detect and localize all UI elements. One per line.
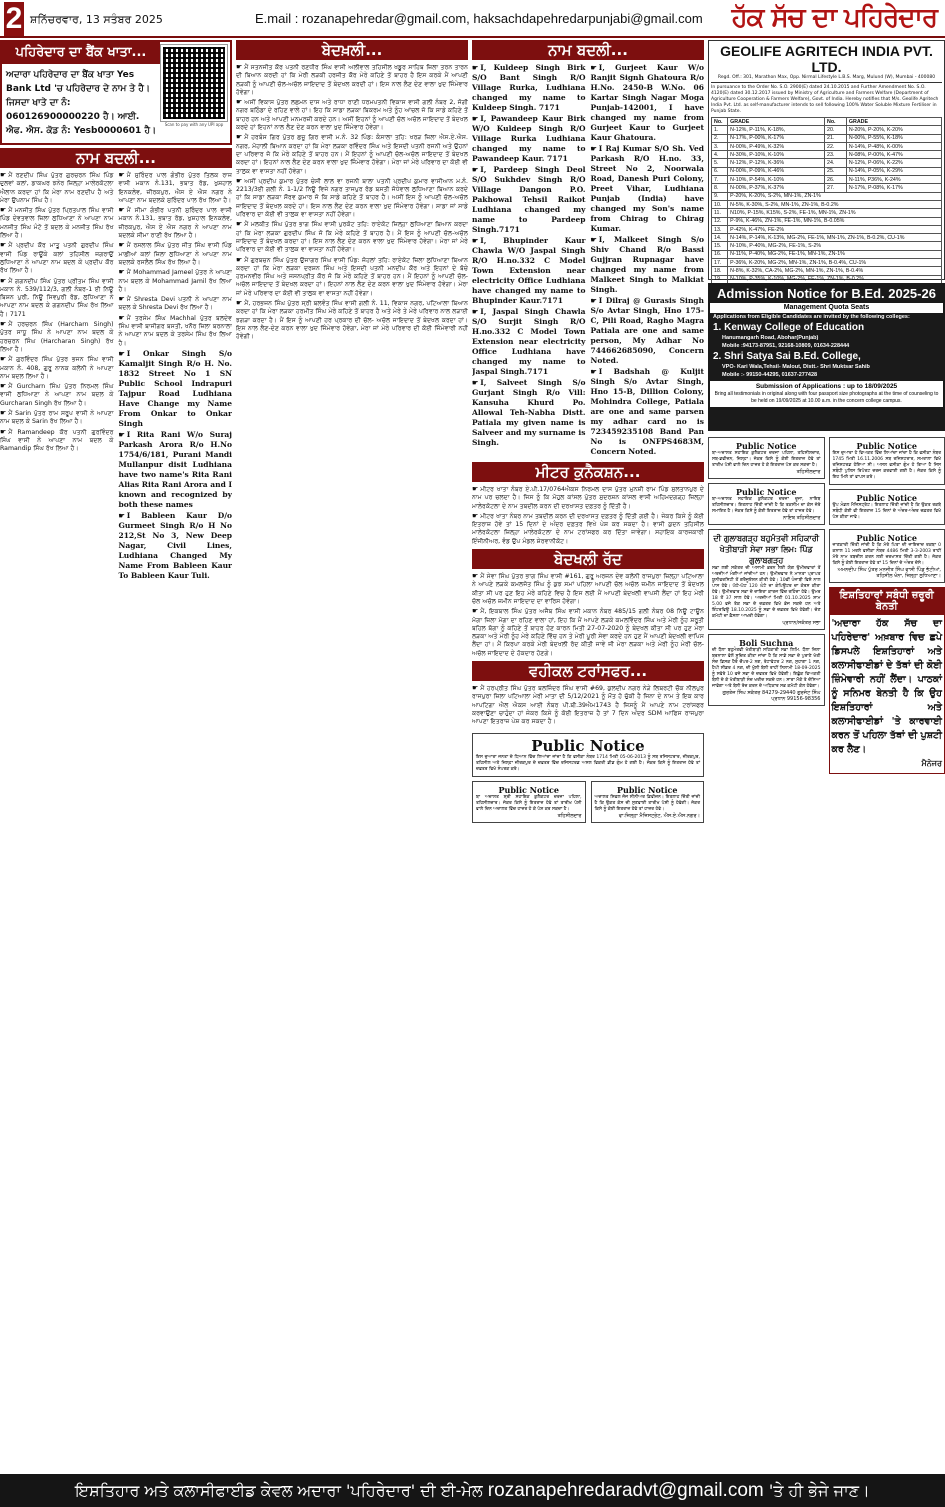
entry-text: ਮੈਂ ਰਣਦੀਪ ਸਿੰਘ ਪੁੱਤਰ ਗੁਰਚਰਨ ਸਿੰਘ ਪਿੰਡ ਦੁ… (0, 172, 114, 204)
notice-body: ਅਦਾਲਤ ਸਿਵਲ ਜੱਜ ਸੀਨੀਅਰ ਡਿਵੀਜ਼ਨ। ਇਤਲਾਹ ਦਿੱ… (595, 795, 701, 813)
classified-entry: ☛ਮੈਂ ਰਸਲਾਲ ਸਿੰਘ ਪੁੱਤਰ ਜੀਤ ਸਿੰਘ ਵਾਸੀ ਪਿੰਡ… (119, 241, 233, 267)
classified-entry: ☛ਮੈਂ Mohammad Jameel ਪੁੱਤਰ ਨੇ ਆਪਣਾ ਨਾਮ ਬ… (119, 268, 233, 294)
grade-cell: 21. (825, 134, 847, 142)
grade-cell: N-00%, P-37%, K-37% (728, 184, 825, 192)
entry-text: ਮੈਂ Gurcharn ਸਿੰਘ ਪੁੱਤਰ ਨਿਰਮਲ ਸਿੰਘ ਵਾਸੀ … (0, 383, 114, 407)
grade-cell: P-42%, K-47%, FE-2% (728, 225, 942, 233)
section-banner-name-change: ਨਾਮ ਬਦਲੀ... (0, 148, 232, 168)
grade-cell: 23. (825, 151, 847, 159)
notice-title: Public Notice (476, 785, 582, 795)
section-banner-disownment-cancel: ਬੇਦਖਲੀ ਰੱਦ (472, 549, 704, 569)
entry-text: ਮੀਟਰ ਖਾਤਾ ਨੰਬਰ ਨਾਮ ਤਬਦੀਲ ਕਰਨ ਦੀ ਦਰਖਾਸਤ ਦ… (472, 513, 704, 545)
pointing-hand-icon: ☛ (591, 235, 597, 244)
disclaimer-body: 'ਅਦਾਰਾ ਹੱਕ ਸੱਚ ਦਾ ਪਹਿਰੇਦਾਰ' ਅਖ਼ਬਾਰ ਵਿਚ ਛ… (829, 615, 945, 774)
grade-cell: N-17%, P-08%, K-17% (846, 184, 941, 192)
grade-cell: N-12%, P-12%, K-36% (728, 159, 825, 167)
pointing-hand-icon: ☛ (472, 607, 478, 615)
grade-cell: N-12%, P-06%, K-22% (846, 159, 941, 167)
entry-text: ਮੈਂ ਸੇਵਾ ਸਿੰਘ ਪੁੱਤਰ ਭਾਗ ਸਿੰਘ ਵਾਸੀ #161, … (472, 573, 704, 605)
grade-cell: N-14%, P-48%, K-00% (846, 142, 941, 150)
pointing-hand-icon: ☛ (119, 430, 125, 439)
classified-entry: ☛I, Jaspal Singh Chawla S/O Surjit Singh… (472, 307, 586, 377)
bed-college-2-address: VPO- Kari Wala,Tehsil- Malout, Distt.- S… (710, 363, 943, 371)
pointing-hand-icon: ☛ (472, 512, 478, 520)
entry-text: I, Kuldeep Singh Birk S/O Bant Singh R/O… (472, 63, 586, 112)
entry-text: ਮੈਂ ਮਲਕੀਤ ਸਿੰਘ ਪੁੱਤਰ ਭਾਗ ਸਿੰਘ ਵਾਸੀ ਪੁਰਕੋ… (236, 221, 468, 253)
grade-row: 10.N-5%, K-30%, S-2%, MN-1%, ZN-1%, B-0.… (712, 200, 942, 208)
notice-sig: ਤਹਿਸੀਲਦਾਰ (712, 469, 821, 475)
grade-cell: N-00%, P-49%, K-32% (728, 142, 825, 150)
classified-entry: ☛ਮੈਂ ਰਣਦੀਪ ਸਿੰਘ ਪੁੱਤਰ ਗੁਰਚਰਨ ਸਿੰਘ ਪਿੰਡ ਦ… (0, 171, 114, 205)
notice-title: Public Notice (833, 441, 942, 451)
column-ads: GEOLIFE AGRITECH INDIA PVT. LTD. Regd. O… (708, 40, 945, 1460)
entry-text: ਮੈਂ ਹਰਪ੍ਰੀਤ ਸਿੰਘ ਪੁੱਤਰ ਬਲਜਿੰਦਰ ਸਿੰਘ ਵਾਸੀ… (472, 685, 704, 725)
classified-entry: ☛ਮੈਂ, ਇਕਬਾਲ ਸਿੰਘ ਪੁੱਤਰ ਅਜੈਬ ਸਿੰਘ ਵਾਸੀ ਮਕ… (472, 607, 704, 658)
geolife-company: GEOLIFE AGRITECH INDIA PVT. LTD. (711, 43, 942, 75)
col1-right: ☛ਮੈਂ ਸੁਰਿੰਦਰ ਪਾਲ ਗੰਭੀਰ ਪੁੱਤਰ ਤਿਲਕ ਰਾਜ ਵਾ… (119, 171, 233, 582)
grade-row: 3.N-00%, P-49%, K-32%22.N-14%, P-48%, K-… (712, 142, 942, 150)
grade-cell: 10. (712, 200, 728, 208)
pointing-hand-icon: ☛ (0, 206, 6, 214)
classified-entry: ☛ਮੈਂ ਸਤਨਜੀਤ ਕੌਰ ਪਤਨੀ ਰਣਧੀਰ ਸਿੰਘ ਵਾਸੀ ਅਲੀ… (236, 63, 468, 97)
grade-cell: 27. (825, 184, 847, 192)
entry-text: ਮੈਂ ਮਨਜੀਤ ਸਿੰਘ ਪੁੱਤਰ ਪ੍ਰਿਤਪਾਲ ਸਿੰਘ ਵਾਸੀ … (0, 207, 114, 239)
grade-cell: 24. (825, 159, 847, 167)
notice-sig: ਤਹਿਸੀਲਦਾਰ (476, 813, 582, 819)
classified-entry: ☛ਮੈਂ ਹਰਚਰਨ ਸਿੰਘ (Harcharn Singh) ਪੁੱਤਰ ਸ… (0, 320, 114, 354)
pointing-hand-icon: ☛ (119, 511, 125, 520)
grade-cell: 6. (712, 167, 728, 175)
grade-cell: N-00%, P-55%, K-18% (846, 134, 941, 142)
pointing-hand-icon: ☛ (119, 206, 125, 214)
advertisement-disclaimer: ਇਸ਼ਤਿਹਾਰਾਂ ਸਬੰਧੀ ਜ਼ਰੂਰੀ ਬੇਨਤੀ 'ਅਦਾਰਾ ਹੱਕ… (829, 587, 945, 774)
qr-caption: Scan to pay with any UPI app (161, 122, 227, 127)
public-notice: Public Noticeਜਾਣਕਾਰੀ ਦਿੱਤੀ ਜਾਂਦੀ ਹੈ ਕਿ ਮ… (829, 529, 945, 583)
grade-cell: 22. (825, 142, 847, 150)
grade-row: 6.N-00%, P-09%, K-46%25.N-14%, P-05%, K-… (712, 167, 942, 175)
grade-cell: N-17%, P-00%, K-17% (728, 134, 825, 142)
grade-row: 11.N10%, P-15%, K15%, S-2%, FE-1%, MN-1%… (712, 209, 942, 217)
notice-title: Public Notice (476, 737, 700, 755)
classified-entry: ☛I, Bhupinder Kaur Chawla W/O Jaspal Sin… (472, 236, 586, 306)
notice-title: Public Notice (595, 785, 701, 795)
col1-left: ☛ਮੈਂ ਰਣਦੀਪ ਸਿੰਘ ਪੁੱਤਰ ਗੁਰਚਰਨ ਸਿੰਘ ਪਿੰਡ ਦ… (0, 171, 114, 582)
pointing-hand-icon: ☛ (472, 236, 478, 245)
grade-cell: 25. (825, 167, 847, 175)
public-notice: ਦੀ ਗੁਲਾਬਗੜ੍ਹ ਬਹੁਮੰਤਵੀ ਸਹਿਕਾਰੀ ਖੇਤੀਬਾੜੀ ਸ… (708, 529, 825, 630)
grade-cell: 1. (712, 126, 728, 134)
classified-entry: ☛I Dilraj @ Gurasis Singh S/o Avtar Sing… (591, 296, 705, 366)
entry-text: ਮੈਂ ਸਤਨਜੀਤ ਕੌਰ ਪਤਨੀ ਰਣਧੀਰ ਸਿੰਘ ਵਾਸੀ ਅਲੀਵ… (236, 64, 468, 96)
grade-cell: N-20%, P-20%, K-20% (846, 126, 941, 134)
notice-body: ਬਾ-ਅਦਾਲਤ ਸਹਾਇਕ ਕੁਲੈਕਟਰ ਦਰਜਾ ਪਹਿਲਾ, ਤਹਿਸੀ… (712, 451, 821, 469)
page-number: 2 (4, 2, 24, 36)
public-notice: Public Noticeਬਾ-ਅਦਾਲਤ ਸਹਾਇਕ ਕੁਲੈਕਟਰ ਦਰਜਾ… (708, 483, 825, 525)
grade-cell: 4. (712, 151, 728, 159)
notice-body: ਉਪ ਮੰਡਲ ਮੈਜਿਸਟ੍ਰੇਟ। ਇਤਲਾਹ ਦਿੱਤੀ ਜਾਂਦੀ ਹੈ… (833, 503, 942, 521)
classified-entry: ☛I Badshah @ Kuljit Singh S/o Avtar Sing… (591, 367, 705, 457)
pointing-hand-icon: ☛ (236, 256, 242, 264)
disclaimer-title: ਇਸ਼ਤਿਹਾਰਾਂ ਸਬੰਧੀ ਜ਼ਰੂਰੀ ਬੇਨਤੀ (829, 587, 945, 615)
entry-text: ਮੈਂ ਗੁਰਵਿੰਦਰ ਸਿੰਘ ਪੁੱਤਰ ਭਜਨ ਸਿੰਘ ਵਾਸੀ ਮਕ… (0, 356, 114, 380)
bed-college-2: 2. Shri Satya Sai B.Ed. College, (710, 350, 943, 363)
pointing-hand-icon: ☛ (119, 268, 125, 276)
grade-cell: N-30%, P-10%, K-10% (728, 151, 825, 159)
bed-college-1: 1. Kenway College of Education (710, 321, 943, 334)
bank-box-body: ਅਦਾਰਾ ਪਹਿਰੇਦਾਰ ਦਾ ਬੈਂਕ ਖਾਤਾ Yes Bank Ltd… (6, 68, 158, 138)
section-banner-disownment: ਬੇਦਖ਼ਲੀ... (236, 40, 468, 60)
notice-title: ਦੀ ਗੁਲਾਬਗੜ੍ਹ ਬਹੁਮੰਤਵੀ ਸਹਿਕਾਰੀ ਖੇਤੀਬਾੜੀ ਸ… (712, 533, 821, 566)
pointing-hand-icon: ☛ (119, 241, 125, 249)
grade-cell: P-36%, K-20%, MG-2%, MN-1%, ZN-1%, B-0.4… (728, 259, 942, 267)
section-banner-name-change-en: ਨਾਮ ਬਦਲੀ... (472, 40, 704, 60)
pointing-hand-icon: ☛ (0, 355, 6, 363)
entry-text: I Onkar Singh S/o Kamaljit Singh R/o H. … (119, 349, 233, 428)
grade-cell: N-00%, P-09%, K-46% (728, 167, 825, 175)
entry-text: ਮੈਂ ਗਗਨਦੀਪ ਸਿੰਘ ਪੁੱਤਰ ਪ੍ਰੀਤਮ ਸਿੰਘ ਵਾਸੀ ਮ… (0, 278, 114, 318)
entry-text: ਮੈਂ, ਹਰਭਜਨ ਸਿੰਘ ਪੁੱਤਰ ਸ੍ਰੀ ਬਲਵੰਤ ਸਿੰਘ ਵਾ… (236, 300, 468, 340)
pointing-hand-icon: ☛ (0, 409, 6, 417)
entry-text: ਮੈਂ ਰਸਲਾਲ ਸਿੰਘ ਪੁੱਤਰ ਜੀਤ ਸਿੰਘ ਵਾਸੀ ਪਿੰਡ … (119, 242, 233, 266)
pointing-hand-icon: ☛ (236, 220, 242, 228)
geolife-advertisement: GEOLIFE AGRITECH INDIA PVT. LTD. Regd. O… (708, 40, 945, 280)
pointing-hand-icon: ☛ (472, 307, 478, 316)
notice-title: Public Notice (712, 487, 821, 497)
contact-email: E.mail : rozanapehredar@gmail.com, haksa… (255, 11, 703, 26)
bed-note: Bring all testimonials in original along… (715, 391, 939, 404)
grade-table-header: No. (712, 118, 728, 126)
grade-row: 5.N-12%, P-12%, K-36%24.N-12%, P-06%, K-… (712, 159, 942, 167)
public-notice: Public Noticeਅਦਾਲਤ ਸਿਵਲ ਜੱਜ ਸੀਨੀਅਰ ਡਿਵੀਜ… (591, 781, 705, 823)
pointing-hand-icon: ☛ (0, 428, 6, 436)
entry-text: I Dilraj @ Gurasis Singh S/o Avtar Singh… (591, 296, 705, 365)
classified-entry: ☛ਮੈਂ ਪ੍ਰਦੀਪ ਕੌਰ ਮਾਤੂ ਪਤਨੀ ਗੁਰਦੀਪ ਸਿੰਘ ਵਾ… (0, 241, 114, 275)
public-notice: Public Noticeਬਾ-ਅਦਾਲਤ ਸਹਾਇਕ ਕੁਲੈਕਟਰ ਦਰਜਾ… (708, 437, 825, 479)
grade-cell: N-12%, P-11%, K-18%, (728, 126, 825, 134)
bed-deadline: Submission of Applications : up to 18/09… (756, 383, 897, 390)
grade-row: 2.N-17%, P-00%, K-17%21.N-00%, P-55%, K-… (712, 134, 942, 142)
grade-cell: N-14%, P-14%, K-13%, MG-2%, FE-1%, MN-1%… (728, 234, 942, 242)
grade-cell: N-08%, P-00%, K-47% (846, 151, 941, 159)
entry-text: I Badshah @ Kuljit Singh S/o Avtar Singh… (591, 367, 705, 456)
pointing-hand-icon: ☛ (472, 165, 478, 174)
grade-cell: N-10%, P-54%, K-10% (728, 176, 825, 184)
footer-text: ਇਸ਼ਤਿਹਾਰ ਅਤੇ ਕਲਾਸੀਫਾਈਡ ਕੇਵਲ ਅਦਾਰਾ 'ਪਹਿਰੇ… (75, 1481, 483, 1500)
entry-text: ਮੈਂ, ਇਕਬਾਲ ਸਿੰਘ ਪੁੱਤਰ ਅਜੈਬ ਸਿੰਘ ਵਾਸੀ ਮਕਾ… (472, 608, 704, 656)
newspaper-logo: ਹੱਕ ਸੱਚ ਦਾ ਪਹਿਰੇਦਾਰ (732, 2, 937, 34)
classified-entry: ☛ਮੈਂ ਸੇਵਾ ਸਿੰਘ ਪੁੱਤਰ ਭਾਗ ਸਿੰਘ ਵਾਸੀ #161,… (472, 572, 704, 606)
classified-entry: ☛ਮੈਂ ਹਰਬੰਸ ਗਿਰ ਪੁੱਤਰ ਛਜੂ ਗਿਰ ਵਾਸੀ ਮ.ਨੰ. … (236, 133, 468, 175)
classified-entry: ☛ਮੀਟਰ ਖਾਤਾ ਨੰਬਰ ਨਾਮ ਤਬਦੀਲ ਕਰਨ ਦੀ ਦਰਖਾਸਤ … (472, 512, 704, 546)
issue-date: ਸ਼ਨਿੱਚਰਵਾਰ, 13 ਸਤੰਬਰ 2025 (30, 13, 163, 27)
entry-text: ਮੈਂ Sarin ਪੁੱਤਰ ਰਾਮ ਸਰੂਪ ਵਾਸੀ ਨੇ ਆਪਣਾ ਨਾ… (0, 410, 114, 425)
entry-text: ਮੈਂ ਸੀਮਾ ਗੰਭੀਰ ਪਤਨੀ ਸੁਰਿੰਦਰ ਪਾਲ ਵਾਸੀ ਮਕਾ… (119, 207, 233, 239)
notice-title: Public Notice (833, 533, 942, 543)
classified-entry: ☛ਮੀਟਰ ਖਾਤਾ ਨੰਬਰ ਏ.ਪੀ.17/0764ਐਕਸ ਨਿਰਮਲ ਦਾ… (472, 485, 704, 511)
bed-college-1-mobile: Mobile :94173-87951, 92168-10809, 01634-… (710, 342, 943, 350)
pointing-hand-icon: ☛ (472, 63, 478, 72)
classified-entry: ☛I Raj Kumar S/O Sh. Ved Parkash R/O H.n… (591, 144, 705, 234)
grade-cell: N-5%, K-30%, S-2%, MN-1%, ZN-1%, B-0.2% (728, 200, 942, 208)
entry-text: I, Gurjeet Kaur W/o Ranjit Signh Ghatour… (591, 63, 705, 142)
grade-row: 8.N-00%, P-37%, K-37%27.N-17%, P-08%, K-… (712, 184, 942, 192)
grade-table-header: No. (825, 118, 847, 126)
entry-text: ਮੈਂ ਹਰਬੰਸ ਗਿਰ ਪੁੱਤਰ ਛਜੂ ਗਿਰ ਵਾਸੀ ਮ.ਨੰ. 3… (236, 134, 468, 174)
grade-table-header: GRADE (846, 118, 941, 126)
classified-entry: ☛ਮੈਂ ਤਰਸੇਮ ਸਿੰਘ Machhal ਪੁੱਤਰ ਬਲਦੇਵ ਸਿੰਘ… (119, 314, 233, 348)
grade-cell: 8. (712, 184, 728, 192)
notice-title: Boli Suchna (712, 638, 821, 648)
bed-intro: Applications from Eligible Candidates ar… (710, 313, 943, 321)
grade-cell: N-11%, P-40%, MG-2%, FE-1%, MN-1%, ZN-1% (728, 250, 942, 258)
bed-subtitle: Management Quota Seats (710, 303, 943, 313)
bed-footer: Submission of Applications : up to 18/09… (710, 381, 943, 407)
entry-text: I, Pardeep Singh Deol S/O Sukhdev Singh … (472, 165, 586, 234)
bed-college-2-mobile: Mobile :- 99150-44295, 01637-277428 (710, 371, 943, 379)
grade-cell: 12. (712, 217, 728, 225)
grade-cell: P-20%, K-20%, S-2%, MN-1%, ZN-1% (728, 192, 942, 200)
column-mixed: ਨਾਮ ਬਦਲੀ... ☛I, Kuldeep Singh Birk S/O B… (472, 40, 704, 1460)
pointing-hand-icon: ☛ (0, 277, 6, 285)
grade-cell: 20. (825, 126, 847, 134)
classified-entry: ☛I, Salveet Singh S/o Gurjant Singh R/o … (472, 378, 586, 448)
entry-text: I, Malkeet Singh S/o Shiv Chand R/o Bass… (591, 235, 705, 294)
notice-body: ਦੀ ਧੌਲਾ ਬਹੁਮੰਤਵੀ ਖੇਤੀਬਾੜੀ ਸਹਿਕਾਰੀ ਸਭਾ ਲਿ… (712, 648, 821, 690)
classified-entry: ☛I Rita Rani W/o Suraj Parkash Arora R/o… (119, 430, 233, 510)
footer-suffix: 'ਤੇ ਹੀ ਭੇਜੇ ਜਾਣ। (769, 1481, 870, 1500)
pointing-hand-icon: ☛ (591, 367, 597, 376)
classified-entry: ☛I Onkar Singh S/o Kamaljit Singh R/o H.… (119, 349, 233, 429)
grade-cell: P-9%, K-46%, ZN-1%, FE-1%, MN-1%, B-0.05… (728, 217, 942, 225)
pointing-hand-icon: ☛ (0, 320, 6, 328)
grade-cell: N-14%, P-05%, K-29% (846, 167, 941, 175)
notice-body: ਬਾ ਅਦਾਲਤ ਸ਼੍ਰੀ ਸਹਾਇਕ ਕੁਲੈਕਟਰ ਦਰਜਾ ਪਹਿਲਾ,… (476, 795, 582, 813)
classified-entry: ☛ਮੈਂ, ਹਰਭਜਨ ਸਿੰਘ ਪੁੱਤਰ ਸ੍ਰੀ ਬਲਵੰਤ ਸਿੰਘ ਵ… (236, 299, 468, 341)
notice-body: ਇਸ ਦੁਆਰਾ ਜਨਤਾ ਦੇ ਧਿਆਨ ਵਿੱਚ ਲਿਆਂਦਾ ਜਾਂਦਾ … (476, 755, 700, 773)
section-banner-vehicle-transfer: ਵਹੀਕਲ ਟਰਾਂਸਫਰ... (472, 661, 704, 681)
grade-row: 9.P-20%, K-20%, S-2%, MN-1%, ZN-1% (712, 192, 942, 200)
classified-entry: ☛I, Pardeep Singh Deol S/O Sukhdev Singh… (472, 165, 586, 235)
entry-text: ਮੈਂ ਤਰਸੇਮ ਸਿੰਘ Machhal ਪੁੱਤਰ ਬਲਦੇਵ ਸਿੰਘ … (119, 315, 233, 347)
entry-text: I, Jaspal Singh Chawla S/O Surjit Singh … (472, 307, 586, 376)
grade-row: 18.N-8%, K-32%, CA-2%, MG-2%, MN-1%, ZN-… (712, 267, 942, 275)
pointing-hand-icon: ☛ (0, 171, 6, 179)
grade-cell: 9. (712, 192, 728, 200)
grade-cell: 15. (712, 242, 728, 250)
pointing-hand-icon: ☛ (591, 296, 597, 305)
entry-text: I Raj Kumar S/O Sh. Ved Parkash R/O H.no… (591, 144, 705, 233)
masthead: 2 ਸ਼ਨਿੱਚਰਵਾਰ, 13 ਸਤੰਬਰ 2025 E.mail : roz… (0, 0, 945, 38)
bed-title: Admission Notice for B.Ed. 2025-26 (710, 285, 943, 303)
pointing-hand-icon: ☛ (472, 485, 478, 493)
pointing-hand-icon: ☛ (236, 299, 242, 307)
grade-cell: 7. (712, 176, 728, 184)
grade-cell: 14. (712, 234, 728, 242)
classified-entry: ☛ਅਸੀਂ ਪ੍ਰਦੀਪ ਕੁਮਾਰ ਪੁੱਤਰ ਚੇਸੀ ਲਾਲ ਵਾ ਰਜਨ… (236, 177, 468, 219)
pointing-hand-icon: ☛ (591, 63, 597, 72)
public-notice: Public Noticeਇਸ ਦੁਆਰਾ ਹੇ ਵਿਅਕਤ ਵਿੱਚ ਲਿਆਂ… (829, 437, 945, 485)
classified-entry: ☛ਮੈਂ Gurcharn ਸਿੰਘ ਪੁੱਤਰ ਨਿਰਮਲ ਸਿੰਘ ਵਾਸੀ… (0, 382, 114, 408)
notice-body: ਸਭਾ ਲਈ ਸਕੱਤਰ ਦੀ ਅਸਾਮੀ ਭਰਨ ਲਈ ਯੋਗ ਉਮੀਦਵਾਰ… (712, 566, 821, 620)
pointing-hand-icon: ☛ (236, 63, 242, 71)
classified-entry: ☛ਮੈਂ Sarin ਪੁੱਤਰ ਰਾਮ ਸਰੂਪ ਵਾਸੀ ਨੇ ਆਪਣਾ ਨ… (0, 409, 114, 427)
classified-entry: ☛ਮੈਂ ਗਗਨਦੀਪ ਸਿੰਘ ਪੁੱਤਰ ਪ੍ਰੀਤਮ ਸਿੰਘ ਵਾਸੀ … (0, 277, 114, 319)
grade-row: 17.P-36%, K-20%, MG-2%, MN-1%, ZN-1%, B-… (712, 259, 942, 267)
public-notice-large: Public Notice ਇਸ ਦੁਆਰਾ ਜਨਤਾ ਦੇ ਧਿਆਨ ਵਿੱਚ… (472, 733, 704, 777)
entry-text: ਮੈਂ Shresta Devi ਪਤਨੀ ਨੇ ਆਪਣਾ ਨਾਮ ਬਦਲ ਕੇ… (119, 296, 233, 311)
notice-sig: ਨਾਇਬ ਤਹਿਸੀਲਦਾਰ (712, 515, 821, 521)
grade-row: 1.N-12%, P-11%, K-18%,20.N-20%, P-20%, K… (712, 126, 942, 134)
grade-cell: N-11%, P36%, K-24% (846, 176, 941, 184)
grade-row: 14.N-14%, P-14%, K-13%, MG-2%, FE-1%, MN… (712, 234, 942, 242)
pointing-hand-icon: ☛ (119, 349, 125, 358)
bank-box-title: ਪਹਿਰੇਦਾਰ ਦਾ ਬੈਂਕ ਖਾਤਾ... (2, 42, 160, 64)
pointing-hand-icon: ☛ (472, 572, 478, 580)
notice-sig: ਗੁਰਤੇਜ ਸਿੰਘ ਸਕੱਤਰ 84279-29440 ਗੁਰਜੰਟ ਸਿੰ… (712, 690, 821, 702)
footer-email: rozanapehredaradvt@gmail.com (488, 1480, 764, 1501)
entry-text: ਮੈਂ Ramandeep ਕੌਰ ਪਤਨੀ ਗੁਰਵਿੰਦਰ ਸਿੰਘ ਵਾਸ… (0, 429, 114, 453)
grade-cell: 2. (712, 134, 728, 142)
pointing-hand-icon: ☛ (236, 133, 242, 141)
pointing-hand-icon: ☛ (472, 684, 478, 692)
entry-text: I, Bhupinder Kaur Chawla W/O Jaspal Sing… (472, 236, 586, 305)
grade-row: 7.N-10%, P-54%, K-10%26.N-11%, P36%, K-2… (712, 176, 942, 184)
entry-text: I Rita Rani W/o Suraj Parkash Arora R/o … (119, 430, 233, 509)
classified-entry: ☛ਮੈਂ ਹਰਪ੍ਰੀਤ ਸਿੰਘ ਪੁੱਤਰ ਬਲਜਿੰਦਰ ਸਿੰਘ ਵਾਸ… (472, 684, 704, 726)
classified-entry: ☛ਮੈਂ Shresta Devi ਪਤਨੀ ਨੇ ਆਪਣਾ ਨਾਮ ਬਦਲ ਕ… (119, 295, 233, 313)
grade-cell: 3. (712, 142, 728, 150)
classified-entry: ☛ਮੈਂ ਗੁਰਵਿੰਦਰ ਸਿੰਘ ਪੁੱਤਰ ਭਜਨ ਸਿੰਘ ਵਾਸੀ ਮ… (0, 355, 114, 381)
entry-text: ਮੈਂ ਹਰਚਰਨ ਸਿੰਘ (Harcharn Singh) ਪੁੱਤਰ ਸਾ… (0, 321, 114, 353)
bank-account-box: ਪਹਿਰੇਦਾਰ ਦਾ ਬੈਂਕ ਖਾਤਾ... ਅਦਾਰਾ ਪਹਿਰੇਦਾਰ … (0, 40, 232, 145)
pointing-hand-icon: ☛ (119, 314, 125, 322)
classified-entry: ☛I, Kuldeep Singh Birk S/O Bant Singh R/… (472, 63, 586, 113)
entry-text: ਮੈਂ Mohammad Jameel ਪੁੱਤਰ ਨੇ ਆਪਣਾ ਨਾਮ ਬਦ… (119, 269, 233, 293)
pointing-hand-icon: ☛ (0, 241, 6, 249)
notice-title: Public Notice (833, 493, 942, 503)
classified-entry: ☛ਅਸੀਂ ਵਿਕਾਸ ਪੁੱਤਰ ਲਛਮਨ ਦਾਸ ਅਤੇ ਰਾਧਾ ਰਾਣੀ… (236, 98, 468, 132)
classified-entry: ☛I Bableen Kaur D/o Gurmeet Singh R/o H … (119, 511, 233, 581)
notice-body: ਬਾ-ਅਦਾਲਤ ਸਹਾਇਕ ਕੁਲੈਕਟਰ ਦਰਜਾ ਦੂਜਾ, ਨਾਇਬ ਤ… (712, 497, 821, 515)
classified-entry: ☛ਮੈਂ ਸੀਮਾ ਗੰਭੀਰ ਪਤਨੀ ਸੁਰਿੰਦਰ ਪਾਲ ਵਾਸੀ ਮਕ… (119, 206, 233, 240)
entry-text: ਅਸੀਂ ਵਿਕਾਸ ਪੁੱਤਰ ਲਛਮਨ ਦਾਸ ਅਤੇ ਰਾਧਾ ਰਾਣੀ … (236, 99, 468, 131)
entry-text: ਮੀਟਰ ਖਾਤਾ ਨੰਬਰ ਏ.ਪੀ.17/0764ਐਕਸ ਨਿਰਮਲ ਦਾਸ… (472, 486, 704, 510)
column-name-change: ਪਹਿਰੇਦਾਰ ਦਾ ਬੈਂਕ ਖਾਤਾ... ਅਦਾਰਾ ਪਹਿਰੇਦਾਰ … (0, 40, 232, 1460)
bed-admission-advertisement: Admission Notice for B.Ed. 2025-26 Manag… (708, 283, 945, 431)
classified-entry: ☛ਮੈਂ ਗੁਰਬਚਨ ਸਿੰਘ ਪੁੱਤਰ ਉਜਾਗਰ ਸਿੰਘ ਵਾਸੀ ਪ… (236, 256, 468, 298)
classified-entry: ☛ਮੈਂ ਸੁਰਿੰਦਰ ਪਾਲ ਗੰਭੀਰ ਪੁੱਤਰ ਤਿਲਕ ਰਾਜ ਵਾ… (119, 171, 233, 205)
grade-row: 16.N-11%, P-40%, MG-2%, FE-1%, MN-1%, ZN… (712, 250, 942, 258)
pointing-hand-icon: ☛ (119, 295, 125, 303)
entry-text: I, Pawandeep Kaur Birk W/O Kuldeep Singh… (472, 114, 586, 163)
grade-cell: 13. (712, 225, 728, 233)
notice-title: Public Notice (712, 441, 821, 451)
grade-cell: 11. (712, 209, 728, 217)
entry-text: ਮੈਂ ਪ੍ਰਦੀਪ ਕੌਰ ਮਾਤੂ ਪਤਨੀ ਗੁਰਦੀਪ ਸਿੰਘ ਵਾਸ… (0, 242, 114, 274)
classified-entry: ☛I, Pawandeep Kaur Birk W/O Kuldeep Sing… (472, 114, 586, 164)
classified-entry: ☛ਮੈਂ Ramandeep ਕੌਰ ਪਤਨੀ ਗੁਰਵਿੰਦਰ ਸਿੰਘ ਵਾ… (0, 428, 114, 454)
grade-cell: 5. (712, 159, 728, 167)
geolife-address: Regd. Off.: 301, Marathon Max, Opp. Nirm… (711, 75, 942, 83)
disclaimer-signature: ਮੈਨੇਜਰ (832, 757, 943, 771)
entry-text: ਮੈਂ ਸੁਰਿੰਦਰ ਪਾਲ ਗੰਭੀਰ ਪੁੱਤਰ ਤਿਲਕ ਰਾਜ ਵਾਸ… (119, 172, 233, 204)
entry-text: I Bableen Kaur D/o Gurmeet Singh R/o H N… (119, 511, 233, 580)
public-notice: Boli Suchnaਦੀ ਧੌਲਾ ਬਹੁਮੰਤਵੀ ਖੇਤੀਬਾੜੀ ਸਹਿ… (708, 634, 825, 706)
classified-entry: ☛ਮੈਂ ਮਨਜੀਤ ਸਿੰਘ ਪੁੱਤਰ ਪ੍ਰਿਤਪਾਲ ਸਿੰਘ ਵਾਸੀ… (0, 206, 114, 240)
pointing-hand-icon: ☛ (236, 98, 242, 106)
pointing-hand-icon: ☛ (591, 144, 597, 153)
grade-row: 15.N-10%, P-40%, MG-2%, FE-1%, S-2% (712, 242, 942, 250)
grade-row: 4.N-30%, P-10%, K-10%23.N-08%, P-00%, K-… (712, 151, 942, 159)
geolife-preamble: In pursuance to the Order No. S.O. 2900(… (711, 83, 942, 117)
fertiliser-grade-table: No.GRADENo.GRADE 1.N-12%, P-11%, K-18%,2… (711, 117, 942, 284)
grade-cell: N10%, P-15%, K15%, S-2%, FE-1%, MN-1%, Z… (728, 209, 942, 217)
pointing-hand-icon: ☛ (119, 171, 125, 179)
grade-cell: 18. (712, 267, 728, 275)
public-notice: Public Noticeਉਪ ਮੰਡਲ ਮੈਜਿਸਟ੍ਰੇਟ। ਇਤਲਾਹ ਦ… (829, 489, 945, 525)
classified-entry: ☛I, Gurjeet Kaur W/o Ranjit Signh Ghatou… (591, 63, 705, 143)
notice-sig: ਅਮਨਦੀਪ ਸਿੰਘ ਪੁੱਤਰ ਮਨਜੀਤ ਸਿੰਘ ਵਾਸੀ ਪਿੰਡ ਭ… (833, 567, 942, 579)
footer-banner: ਇਸ਼ਤਿਹਾਰ ਅਤੇ ਕਲਾਸੀਫਾਈਡ ਕੇਵਲ ਅਦਾਰਾ 'ਪਹਿਰੇ… (0, 1474, 945, 1507)
classified-entry: ☛ਮੈਂ ਮਲਕੀਤ ਸਿੰਘ ਪੁੱਤਰ ਭਾਗ ਸਿੰਘ ਵਾਸੀ ਪੁਰਕ… (236, 220, 468, 254)
public-notice: Public Noticeਬਾ ਅਦਾਲਤ ਸ਼੍ਰੀ ਸਹਾਇਕ ਕੁਲੈਕਟ… (472, 781, 586, 823)
column-disownment: ਬੇਦਖ਼ਲੀ... ☛ਮੈਂ ਸਤਨਜੀਤ ਕੌਰ ਪਤਨੀ ਰਣਧੀਰ ਸਿ… (236, 40, 468, 1460)
section-banner-meter: ਮੀਟਰ ਕੁਨੈਕਸ਼ਨ... (472, 462, 704, 482)
grade-cell: 16. (712, 250, 728, 258)
grade-cell: 17. (712, 259, 728, 267)
pointing-hand-icon: ☛ (0, 382, 6, 390)
grade-table-header: GRADE (728, 118, 825, 126)
pointing-hand-icon: ☛ (236, 177, 242, 185)
grade-row: 12.P-9%, K-46%, ZN-1%, FE-1%, MN-1%, B-0… (712, 217, 942, 225)
grade-cell: 26. (825, 176, 847, 184)
notice-body: ਜਾਣਕਾਰੀ ਦਿੱਤੀ ਜਾਂਦੀ ਹੈ ਕਿ ਮੇਰੇ ਪਿਤਾ ਦੀ ਜ… (833, 543, 942, 567)
pointing-hand-icon: ☛ (472, 114, 478, 123)
qr-code-icon (161, 45, 227, 121)
grade-cell: N-10%, P-40%, MG-2%, FE-1%, S-2% (728, 242, 942, 250)
entry-text: I, Salveet Singh S/o Gurjant Singh R/o V… (472, 378, 586, 447)
notice-sig: ਪ੍ਰਧਾਨ/ਸਕੱਤਰ ਸਭਾ (712, 620, 821, 626)
grade-row: 13.P-42%, K-47%, FE-2% (712, 225, 942, 233)
bed-college-1-address: Hanumangarh Road, Abohar(Punjab) (710, 334, 943, 342)
entry-text: ਮੈਂ ਗੁਰਬਚਨ ਸਿੰਘ ਪੁੱਤਰ ਉਜਾਗਰ ਸਿੰਘ ਵਾਸੀ ਪਿ… (236, 257, 468, 297)
grade-cell: N-8%, K-32%, CA-2%, MG-2%, MN-1%, ZN-1%,… (728, 267, 942, 275)
pointing-hand-icon: ☛ (472, 378, 478, 387)
entry-text: ਅਸੀਂ ਪ੍ਰਦੀਪ ਕੁਮਾਰ ਪੁੱਤਰ ਚੇਸੀ ਲਾਲ ਵਾ ਰਜਨੀ… (236, 178, 468, 218)
notice-sig: ਵਾ:ਜ਼ਿਲ੍ਹਾ ਮੈਜਿਸਟ੍ਰੇਟ, ਐਸ.ਏ.ਐਸ.ਨਗਰ। (595, 813, 701, 819)
notice-body: ਇਸ ਦੁਆਰਾ ਹੇ ਵਿਅਕਤ ਵਿੱਚ ਲਿਆਂਦਾ ਜਾਂਦਾ ਹੈ ਕ… (833, 451, 942, 481)
classified-entry: ☛I, Malkeet Singh S/o Shiv Chand R/o Bas… (591, 235, 705, 295)
